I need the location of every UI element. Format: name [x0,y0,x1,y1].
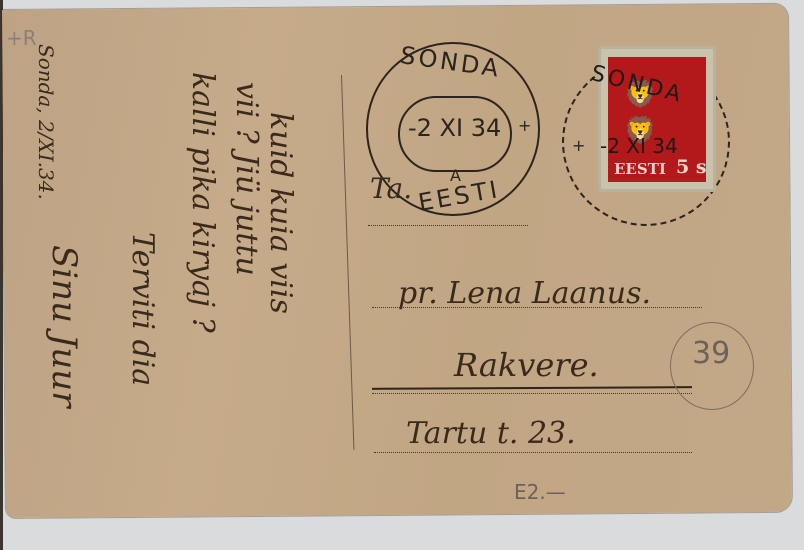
left-margin-date: Sonda, 2/XI.34. [34,44,58,200]
postmark-cross-right: + [518,116,531,135]
address-recipient: pr. Lena Laanus. [398,276,651,311]
address-street: Tartu t. 23. [406,416,576,451]
address-city: Rakvere. [454,346,599,384]
message-line-1: kuid kuia viis [263,112,298,314]
postmark-2-cross: + [572,136,585,155]
postmark-date: -2 XI 34 [408,114,501,142]
pencil-circled-number: 39 [692,336,730,371]
message-line-2: vii ? Jiü juttu [229,82,264,276]
address-line-4 [374,452,692,453]
postmark-2-date: -2 XI 34 [600,134,678,158]
stamp-country: EESTI [614,160,666,178]
stamp-value: 5 s [676,156,707,178]
address-prefix: Ta. [370,172,412,205]
message-line-4: Terviti dia [125,232,160,386]
address-line-2 [372,307,702,308]
message-line-3: kalli pika kiryaj ? [185,72,220,333]
address-line-3 [372,393,692,394]
message-line-5: Sinu Juur [44,245,84,407]
pencil-price: E2.— [514,480,566,504]
address-line-1 [368,225,528,226]
pencil-mark-top-left: +R [6,26,37,50]
